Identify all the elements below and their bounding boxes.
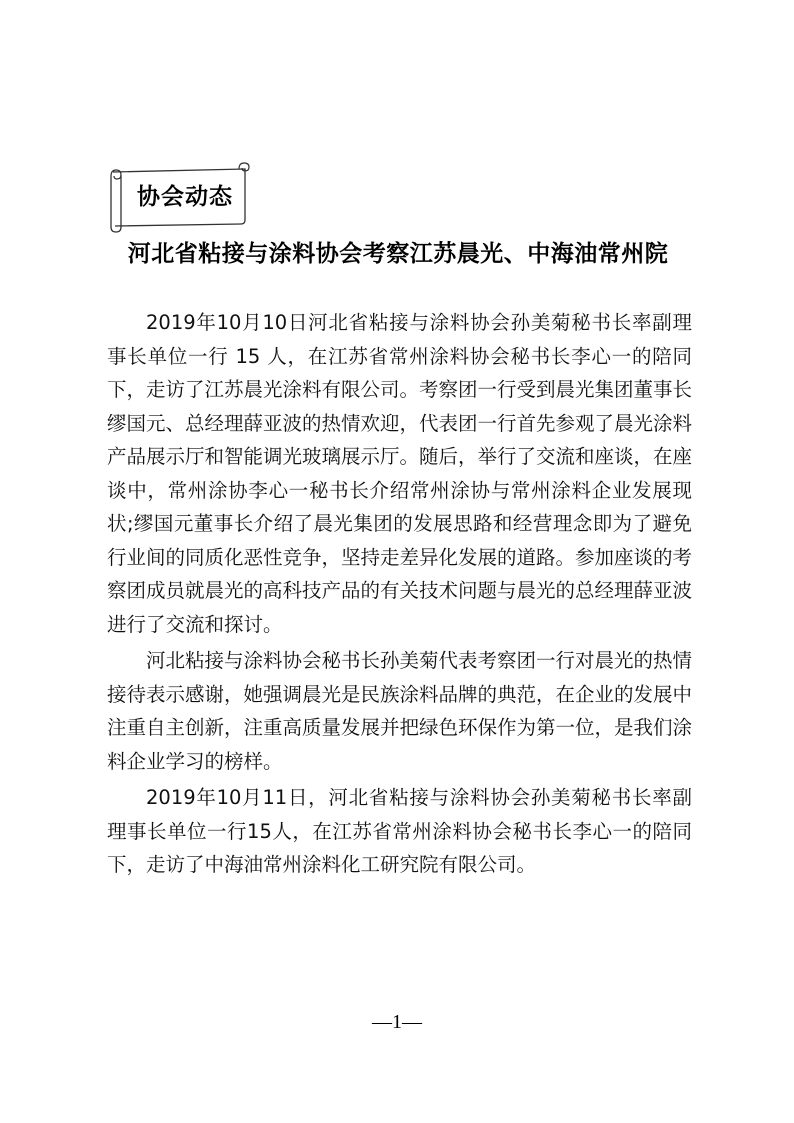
- article-title: 河北省粘接与涂料协会考察江苏晨光、中海油常州院: [118, 235, 678, 268]
- page-number: —1—: [347, 1011, 447, 1034]
- section-banner-label: 协会动态: [125, 179, 245, 215]
- paragraph-3: 2019年10月11日，河北省粘接与涂料协会孙美菊秘书长率副理事长单位一行15人…: [107, 781, 692, 882]
- section-banner: 协会动态: [103, 162, 253, 234]
- paragraph-1: 2019年10月10日河北省粘接与涂料协会孙美菊秘书长率副理事长单位一行 15 …: [107, 306, 692, 641]
- article-body: 2019年10月10日河北省粘接与涂料协会孙美菊秘书长率副理事长单位一行 15 …: [107, 306, 692, 885]
- paragraph-2: 河北粘接与涂料协会秘书长孙美菊代表考察团一行对晨光的热情接待表示感谢，她强调晨光…: [107, 644, 692, 778]
- document-page: 协会动态 河北省粘接与涂料协会考察江苏晨光、中海油常州院 2019年10月10日…: [0, 0, 794, 1123]
